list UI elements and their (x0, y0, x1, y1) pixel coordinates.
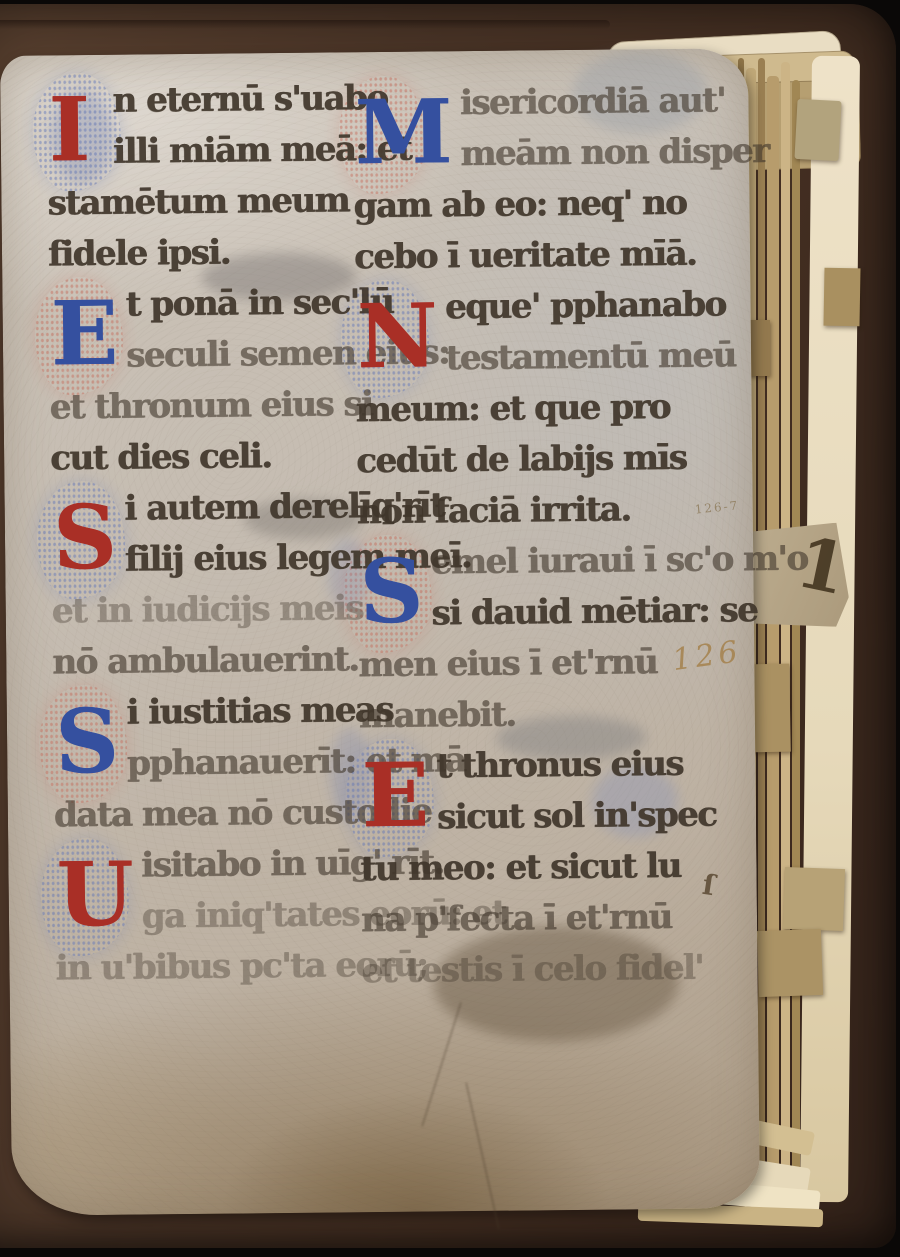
verse: Et thronus eiussicut sol in'spectu meo: … (359, 744, 698, 1003)
text-line: t ponā in sec'lū (48, 282, 361, 336)
text-line: fidele ipsi. (48, 231, 361, 285)
text-line: meum: et que pro (355, 387, 692, 442)
text-line: men eius ī et'rnū (358, 642, 695, 697)
text-line: cut dies celi. (50, 435, 363, 489)
text-line: pphanauerīt: et mā (53, 741, 366, 795)
parchment-tab (823, 268, 860, 327)
text-line: nō ambulauerint. (52, 639, 365, 693)
text-line: cedūt de labijs mīs (356, 438, 693, 493)
text-line: si dauid mētiar: se (358, 591, 695, 646)
parchment-tab (794, 99, 841, 161)
text-line: non faciā irrita. (357, 489, 694, 544)
text-line: gam ab eo: neq' no (353, 183, 690, 238)
text-line: ga iniq'tates eorū: et (55, 894, 368, 948)
text-line: data mea nō custodie (54, 792, 367, 846)
parchment-tab (783, 867, 845, 931)
manuscript-page: In eternū s'uaboilli miām meā: etstamētu… (0, 48, 760, 1216)
verse: Et ponā in sec'lūseculi semen eius:et th… (48, 282, 362, 489)
verse: Si iustitias measpphanauerīt: et mādata … (53, 690, 367, 846)
text-line: tu meo: et sicut lu (360, 846, 697, 901)
text-column-1: In eternū s'uaboilli miām meā: etstamētu… (46, 78, 368, 999)
text-line: et testis ī celo fidel' (361, 948, 698, 1003)
text-line: i iustitias meas (53, 690, 366, 744)
text-line: t thronus eius (359, 744, 696, 799)
text-line: testamentū meū (355, 336, 692, 391)
text-line: manebit. (359, 693, 696, 748)
text-line: in u'bibus pc'ta eorū; (55, 945, 368, 999)
page-edge-strip (767, 76, 779, 1176)
text-line: emel iuraui ī sc'o m'o (357, 540, 694, 595)
text-line: n eternū s'uabo (46, 78, 359, 132)
text-line: filij eius legem meī. (51, 537, 364, 591)
verse: Si autem derelīq'rītfilij eius legem meī… (50, 486, 364, 693)
text-line: i autem derelīq'rīt (50, 486, 363, 540)
verse: Uisitabo in uīg' rīt.ga iniq'tates eorū:… (54, 843, 368, 999)
text-line: illi miām meā: et (47, 129, 360, 183)
text-line: na p'fecta ī et'rnū (361, 897, 698, 952)
text-line: et in iudicijs meis (52, 588, 365, 642)
verse: In eternū s'uaboilli miām meā: etstamētu… (46, 78, 360, 285)
text-line: et thronum eius si (49, 384, 362, 438)
verse: Semel iuraui ī sc'o m'osi dauid mētiar: … (357, 540, 695, 748)
text-line: seculi semen eius: (49, 333, 362, 387)
text-line: sicut sol in'spec (360, 795, 697, 850)
text-line: eque' pphanabo (354, 285, 691, 340)
binding-seam (0, 20, 610, 29)
manuscript-photo: 1 In eternū s'uaboilli miām meā: etstamē… (0, 0, 900, 1257)
verse: Misericordiā aut'meām non dispergam ab e… (352, 81, 690, 289)
parchment-tab (748, 320, 770, 376)
verse: Neque' pphanabotestamentū meūmeum: et qu… (354, 285, 693, 544)
page-edge-strip (758, 58, 765, 1200)
text-line: stamētum meum (47, 180, 360, 234)
page-edge-strip (781, 62, 790, 1200)
text-column-2: Misericordiā aut'meām non dispergam ab e… (352, 81, 698, 1002)
text-line: meām non disper (353, 132, 690, 187)
text-line: isericordiā aut' (352, 81, 689, 136)
text-line: cebo ī ueritate mīā. (354, 234, 691, 289)
parchment-tab (757, 929, 823, 997)
text-line: isitabo in uīg' rīt. (54, 843, 367, 897)
